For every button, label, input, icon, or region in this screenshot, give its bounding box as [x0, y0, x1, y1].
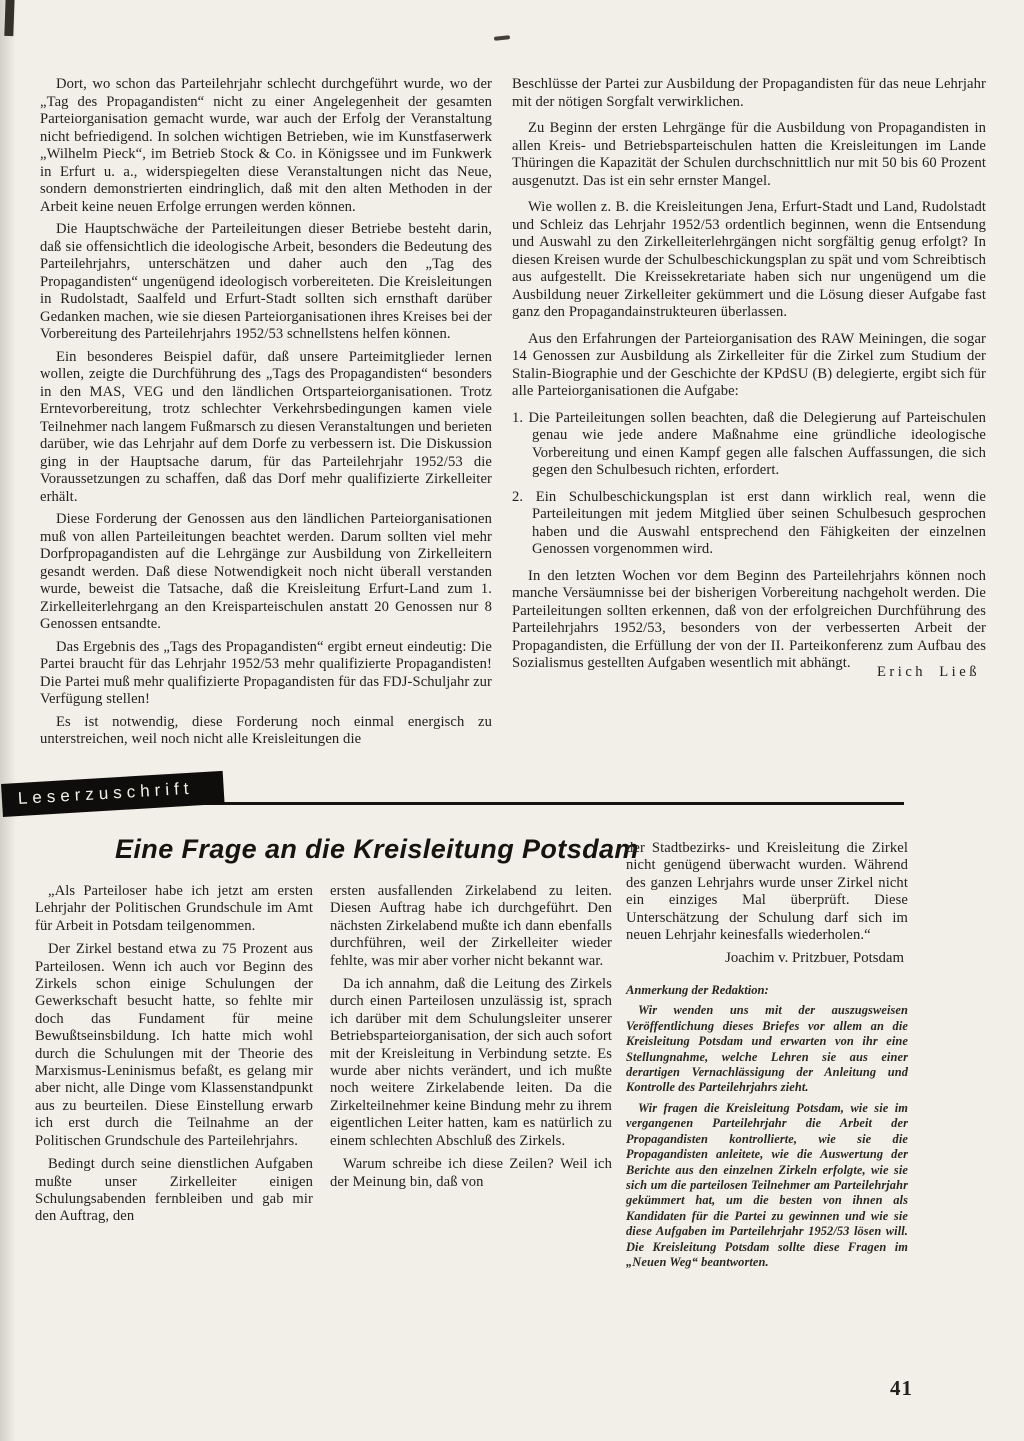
paragraph: In den letzten Wochen vor dem Beginn des… [512, 568, 986, 673]
reader-letter-section: Eine Frage an die Kreisleitung Potsdam „… [0, 828, 1024, 1275]
paragraph: Zu Beginn der ersten Lehrgänge für die A… [512, 120, 986, 190]
horizontal-rule [190, 802, 904, 805]
article-propagandists: Dort, wo schon das Parteilehrjahr schlec… [0, 0, 1024, 778]
paragraph: Aus den Erfahrungen der Parteiorganisati… [512, 331, 986, 401]
paragraph: Wir fragen die Kreisleitung Potsdam, wie… [626, 1101, 908, 1270]
letter-column-3: der Stadtbezirks- und Kreisleitung die Z… [626, 828, 908, 1275]
paragraph: „Als Parteiloser habe ich jetzt am erste… [35, 883, 313, 935]
paragraph: Die Hauptschwäche der Parteileitungen di… [40, 221, 492, 344]
paragraph: Ein besonderes Beispiel dafür, daß unser… [40, 349, 492, 507]
article-column-right: Beschlüsse der Partei zur Ausbildung der… [512, 76, 986, 778]
paragraph: ersten ausfallenden Zirkelabend zu leite… [330, 883, 612, 970]
letter-signature: Joachim v. Pritzbuer, Potsdam [626, 950, 908, 967]
page-number: 41 [890, 1376, 913, 1401]
paragraph: Wie wollen z. B. die Kreisleitungen Jena… [512, 199, 986, 322]
paragraph: Diese Forderung der Genossen aus den län… [40, 511, 492, 634]
paragraph: Warum schreibe ich diese Zeilen? Weil ic… [330, 1156, 612, 1191]
paragraph: Dort, wo schon das Parteilehrjahr schlec… [40, 76, 492, 216]
paragraph: Da ich annahm, daß die Leitung des Zirke… [330, 976, 612, 1150]
paragraph: Das Ergebnis des „Tags des Propagandiste… [40, 639, 492, 709]
paragraph: Es ist notwendig, diese Forderung noch e… [40, 714, 492, 749]
letter-column-1: „Als Parteiloser habe ich jetzt am erste… [35, 883, 313, 1232]
paragraph: Der Zirkel bestand etwa zu 75 Prozent au… [35, 941, 313, 1150]
letter-heading: Eine Frage an die Kreisleitung Potsdam [115, 834, 612, 865]
section-divider: Leserzuschrift [0, 782, 1024, 828]
list-item: 1. Die Parteileitungen sollen beachten, … [512, 410, 986, 480]
paragraph: Bedingt durch seine dienstlichen Aufgabe… [35, 1156, 313, 1226]
scan-artifact-mark [4, 0, 14, 36]
paragraph: Wir wenden uns mit der auszugsweisen Ver… [626, 1003, 908, 1095]
paragraph: der Stadtbezirks- und Kreisleitung die Z… [626, 840, 908, 944]
list-item: 2. Ein Schulbeschickungsplan ist erst da… [512, 489, 986, 559]
letter-columns: „Als Parteiloser habe ich jetzt am erste… [35, 883, 612, 1232]
letter-left-area: Eine Frage an die Kreisleitung Potsdam „… [35, 828, 612, 1275]
editor-note: Anmerkung der Redaktion: Wir wenden uns … [626, 983, 908, 1270]
magazine-page: Dort, wo schon das Parteilehrjahr schlec… [0, 0, 1024, 1441]
editor-note-heading: Anmerkung der Redaktion: [626, 983, 908, 998]
letter-column-2: ersten ausfallenden Zirkelabend zu leite… [330, 883, 612, 1232]
article-column-left: Dort, wo schon das Parteilehrjahr schlec… [40, 76, 492, 778]
paragraph: Beschlüsse der Partei zur Ausbildung der… [512, 76, 986, 111]
